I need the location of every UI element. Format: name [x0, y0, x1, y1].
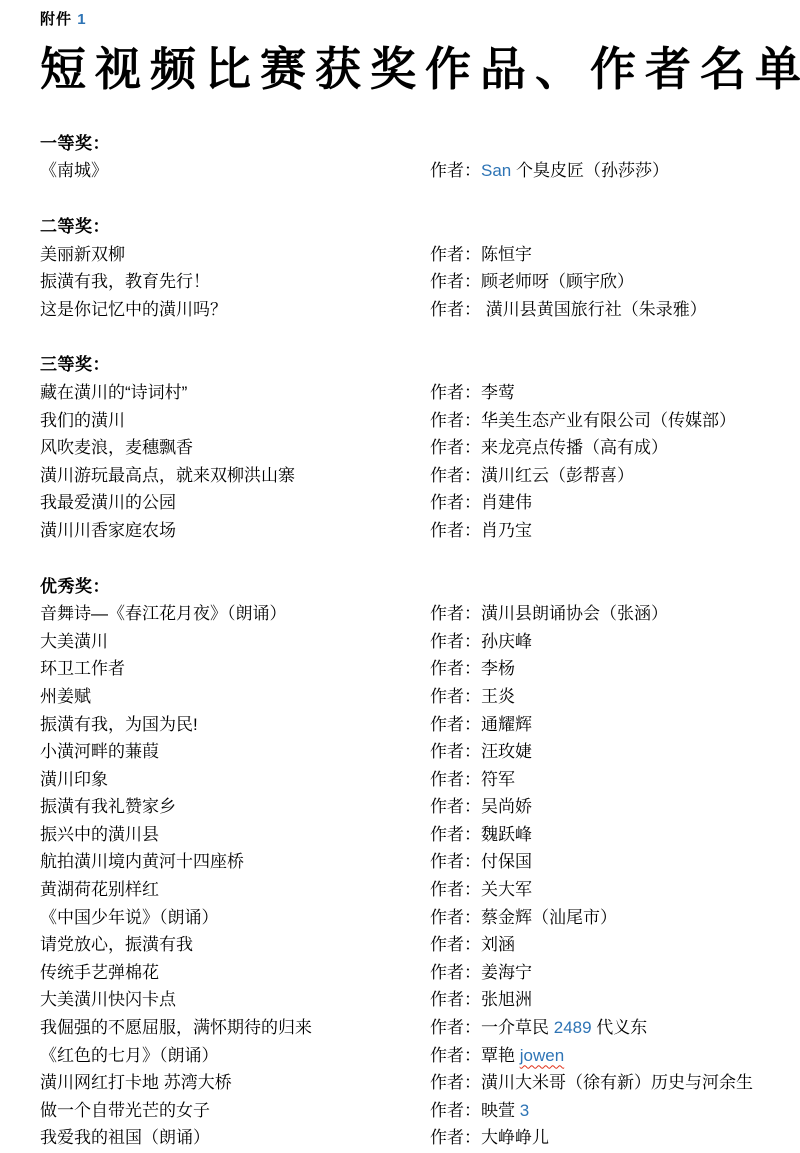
author-segment: 作者：大峥峥儿	[430, 1128, 549, 1147]
work-title: 请党放心，振潢有我	[40, 931, 430, 959]
entry-row: 《红色的七月》（朗诵） 作者：覃艳 jowen	[40, 1042, 792, 1070]
author-highlight: 2489	[554, 1018, 592, 1037]
author-segment: 作者：通耀辉	[430, 715, 532, 734]
sections-container: 一等奖： 《南城》 作者：San 个臭皮匠（孙莎莎） 二等奖： 美丽新双柳 作者…	[40, 130, 792, 1152]
work-title: 我爱我的祖国（朗诵）	[40, 1124, 430, 1152]
author-text: 作者：张旭洲	[430, 986, 532, 1014]
author-segment: 作者：肖乃宝	[430, 521, 532, 540]
author-text: 作者：肖建伟	[430, 489, 532, 517]
work-title: 音舞诗—《春江花月夜》（朗诵）	[40, 600, 430, 628]
author-segment: 作者：孙庆峰	[430, 632, 532, 651]
entry-row: 做一个自带光芒的女子 作者：映萱 3	[40, 1097, 792, 1125]
author-text: 作者：陈恒宇	[430, 241, 532, 269]
author-segment: 作者：姜海宁	[430, 963, 532, 982]
work-title: 做一个自带光芒的女子	[40, 1097, 430, 1125]
author-text: 作者：关大军	[430, 876, 532, 904]
author-segment: 作者：潢川大米哥（徐有新）历史与河余生	[430, 1073, 753, 1092]
section-heading: 二等奖：	[40, 213, 792, 241]
attachment-number: 1	[77, 11, 86, 28]
author-segment: 作者：魏跃峰	[430, 825, 532, 844]
author-text: 作者：李莺	[430, 379, 515, 407]
award-section: 优秀奖： 音舞诗—《春江花月夜》（朗诵） 作者：潢川县朗诵协会（张涵） 大美潢川…	[40, 573, 792, 1152]
author-segment: 作者：符军	[430, 770, 515, 789]
entry-row: 航拍潢川境内黄河十四座桥 作者：付保国	[40, 848, 792, 876]
author-text: 作者：潢川红云（彭帮喜）	[430, 462, 634, 490]
work-title: 我倔强的不愿屈服，满怀期待的归来	[40, 1014, 430, 1042]
work-title: 我最爱潢川的公园	[40, 489, 430, 517]
author-text: 作者：魏跃峰	[430, 821, 532, 849]
document-page: 附件 1 短视频比赛获奖作品、作者名单 一等奖： 《南城》 作者：San 个臭皮…	[0, 0, 800, 1153]
author-text: 作者：潢川大米哥（徐有新）历史与河余生	[430, 1069, 753, 1097]
author-text: 作者：来龙亮点传播（高有成）	[430, 434, 668, 462]
author-text: 作者：覃艳 jowen	[430, 1042, 564, 1070]
author-segment: 作者：张旭洲	[430, 990, 532, 1009]
author-segment: 作者：关大军	[430, 880, 532, 899]
author-text: 作者：符军	[430, 766, 515, 794]
author-segment: 作者：吴尚娇	[430, 797, 532, 816]
entry-row: 我爱我的祖国（朗诵） 作者：大峥峥儿	[40, 1124, 792, 1152]
author-text: 作者：姜海宁	[430, 959, 532, 987]
entry-row: 我最爱潢川的公园 作者：肖建伟	[40, 489, 792, 517]
entry-row: 《南城》 作者：San 个臭皮匠（孙莎莎）	[40, 157, 792, 185]
entry-row: 潢川游玩最高点，就来双柳洪山寨 作者：潢川红云（彭帮喜）	[40, 462, 792, 490]
work-title: 振潢有我礼赞家乡	[40, 793, 430, 821]
work-title: 黄湖荷花别样红	[40, 876, 430, 904]
author-text: 作者：付保国	[430, 848, 532, 876]
work-title: 《红色的七月》（朗诵）	[40, 1042, 430, 1070]
author-segment: 作者：顾老师呀（顾宇欣）	[430, 272, 634, 291]
author-segment: 作者：刘涵	[430, 935, 515, 954]
author-highlight: jowen	[520, 1046, 564, 1065]
entry-row: 藏在潢川的“诗词村” 作者：李莺	[40, 379, 792, 407]
work-title: 大美潢川快闪卡点	[40, 986, 430, 1014]
award-section: 三等奖： 藏在潢川的“诗词村” 作者：李莺 我们的潢川 作者：华美生态产业有限公…	[40, 351, 792, 544]
author-text: 作者：大峥峥儿	[430, 1124, 549, 1152]
author-text: 作者：顾老师呀（顾宇欣）	[430, 268, 634, 296]
author-text: 作者：孙庆峰	[430, 628, 532, 656]
author-text: 作者：映萱 3	[430, 1097, 529, 1125]
work-title: 这是你记忆中的潢川吗？	[40, 296, 430, 324]
award-section: 一等奖： 《南城》 作者：San 个臭皮匠（孙莎莎）	[40, 130, 792, 185]
work-title: 航拍潢川境内黄河十四座桥	[40, 848, 430, 876]
section-heading: 优秀奖：	[40, 573, 792, 601]
award-section: 二等奖： 美丽新双柳 作者：陈恒宇 振潢有我，教育先行！ 作者：顾老师呀（顾宇欣…	[40, 213, 792, 323]
entry-row: 《中国少年说》（朗诵） 作者：蔡金辉（汕尾市）	[40, 904, 792, 932]
author-segment: 作者：覃艳	[430, 1046, 520, 1065]
author-segment: 作者：一介草民	[430, 1018, 554, 1037]
author-segment: 作者：王炎	[430, 687, 515, 706]
attachment-line: 附件 1	[40, 8, 792, 29]
author-text: 作者： 潢川县黄国旅行社（朱录雅）	[430, 296, 707, 324]
author-segment: 作者： 潢川县黄国旅行社（朱录雅）	[430, 300, 707, 319]
author-text: 作者：San 个臭皮匠（孙莎莎）	[430, 157, 669, 185]
work-title: 振潢有我，为国为民!	[40, 711, 430, 739]
author-segment: 作者：付保国	[430, 852, 532, 871]
attachment-label: 附件	[40, 11, 72, 28]
author-text: 作者：潢川县朗诵协会（张涵）	[430, 600, 668, 628]
author-text: 作者：蔡金辉（汕尾市）	[430, 904, 617, 932]
author-text: 作者：汪玫婕	[430, 738, 532, 766]
work-title: 潢川游玩最高点，就来双柳洪山寨	[40, 462, 430, 490]
entry-row: 我倔强的不愿屈服，满怀期待的归来 作者：一介草民 2489 代义东	[40, 1014, 792, 1042]
work-title: 《南城》	[40, 157, 430, 185]
entry-row: 环卫工作者 作者：李杨	[40, 655, 792, 683]
entry-row: 振兴中的潢川县 作者：魏跃峰	[40, 821, 792, 849]
work-title: 《中国少年说》（朗诵）	[40, 904, 430, 932]
author-segment: 作者：陈恒宇	[430, 245, 532, 264]
author-segment: 作者：汪玫婕	[430, 742, 532, 761]
author-segment: 作者：蔡金辉（汕尾市）	[430, 908, 617, 927]
work-title: 我们的潢川	[40, 407, 430, 435]
entry-row: 州姜赋 作者：王炎	[40, 683, 792, 711]
work-title: 大美潢川	[40, 628, 430, 656]
author-segment: 作者：李杨	[430, 659, 515, 678]
author-segment: 作者：潢川红云（彭帮喜）	[430, 466, 634, 485]
author-text: 作者：刘涵	[430, 931, 515, 959]
author-segment: 作者：映萱	[430, 1101, 520, 1120]
author-highlight: San	[481, 161, 511, 180]
author-text: 作者：通耀辉	[430, 711, 532, 739]
entry-list: 《南城》 作者：San 个臭皮匠（孙莎莎）	[40, 157, 792, 185]
author-text: 作者：王炎	[430, 683, 515, 711]
author-segment: 个臭皮匠（孙莎莎）	[511, 161, 669, 180]
work-title: 藏在潢川的“诗词村”	[40, 379, 430, 407]
work-title: 环卫工作者	[40, 655, 430, 683]
author-segment: 作者：肖建伟	[430, 493, 532, 512]
author-segment: 作者：来龙亮点传播（高有成）	[430, 438, 668, 457]
author-segment: 作者：	[430, 161, 481, 180]
section-heading: 一等奖：	[40, 130, 792, 158]
entry-row: 黄湖荷花别样红 作者：关大军	[40, 876, 792, 904]
work-title: 风吹麦浪，麦穗飘香	[40, 434, 430, 462]
entry-row: 小潢河畔的蒹葭 作者：汪玫婕	[40, 738, 792, 766]
entry-row: 请党放心，振潢有我 作者：刘涵	[40, 931, 792, 959]
entry-row: 潢川网红打卡地 苏湾大桥 作者：潢川大米哥（徐有新）历史与河余生	[40, 1069, 792, 1097]
entry-row: 振潢有我，教育先行！ 作者：顾老师呀（顾宇欣）	[40, 268, 792, 296]
author-segment: 作者：李莺	[430, 383, 515, 402]
author-highlight: 3	[520, 1101, 529, 1120]
entry-row: 这是你记忆中的潢川吗？ 作者： 潢川县黄国旅行社（朱录雅）	[40, 296, 792, 324]
author-text: 作者：李杨	[430, 655, 515, 683]
work-title: 小潢河畔的蒹葭	[40, 738, 430, 766]
entry-row: 我们的潢川 作者：华美生态产业有限公司（传媒部）	[40, 407, 792, 435]
work-title: 振兴中的潢川县	[40, 821, 430, 849]
work-title: 潢川网红打卡地 苏湾大桥	[40, 1069, 430, 1097]
entry-row: 潢川川香家庭农场 作者：肖乃宝	[40, 517, 792, 545]
entry-list: 音舞诗—《春江花月夜》（朗诵） 作者：潢川县朗诵协会（张涵） 大美潢川 作者：孙…	[40, 600, 792, 1152]
entry-row: 大美潢川快闪卡点 作者：张旭洲	[40, 986, 792, 1014]
author-text: 作者：吴尚娇	[430, 793, 532, 821]
author-segment: 作者：潢川县朗诵协会（张涵）	[430, 604, 668, 623]
entry-row: 振潢有我礼赞家乡 作者：吴尚娇	[40, 793, 792, 821]
entry-row: 美丽新双柳 作者：陈恒宇	[40, 241, 792, 269]
author-text: 作者：一介草民 2489 代义东	[430, 1014, 647, 1042]
author-text: 作者：肖乃宝	[430, 517, 532, 545]
entry-row: 音舞诗—《春江花月夜》（朗诵） 作者：潢川县朗诵协会（张涵）	[40, 600, 792, 628]
entry-list: 美丽新双柳 作者：陈恒宇 振潢有我，教育先行！ 作者：顾老师呀（顾宇欣） 这是你…	[40, 241, 792, 324]
entry-row: 潢川印象 作者：符军	[40, 766, 792, 794]
entry-row: 风吹麦浪，麦穗飘香 作者：来龙亮点传播（高有成）	[40, 434, 792, 462]
entry-row: 大美潢川 作者：孙庆峰	[40, 628, 792, 656]
work-title: 潢川川香家庭农场	[40, 517, 430, 545]
work-title: 美丽新双柳	[40, 241, 430, 269]
section-heading: 三等奖：	[40, 351, 792, 379]
author-text: 作者：华美生态产业有限公司（传媒部）	[430, 407, 736, 435]
author-segment: 作者：华美生态产业有限公司（传媒部）	[430, 411, 736, 430]
page-title: 短视频比赛获奖作品、作者名单	[40, 41, 792, 99]
entry-row: 传统手艺弹棉花 作者：姜海宁	[40, 959, 792, 987]
work-title: 传统手艺弹棉花	[40, 959, 430, 987]
work-title: 振潢有我，教育先行！	[40, 268, 430, 296]
entry-row: 振潢有我，为国为民! 作者：通耀辉	[40, 711, 792, 739]
work-title: 潢川印象	[40, 766, 430, 794]
author-segment: 代义东	[592, 1018, 648, 1037]
document-content: 附件 1 短视频比赛获奖作品、作者名单 一等奖： 《南城》 作者：San 个臭皮…	[40, 8, 792, 1152]
entry-list: 藏在潢川的“诗词村” 作者：李莺 我们的潢川 作者：华美生态产业有限公司（传媒部…	[40, 379, 792, 545]
work-title: 州姜赋	[40, 683, 430, 711]
